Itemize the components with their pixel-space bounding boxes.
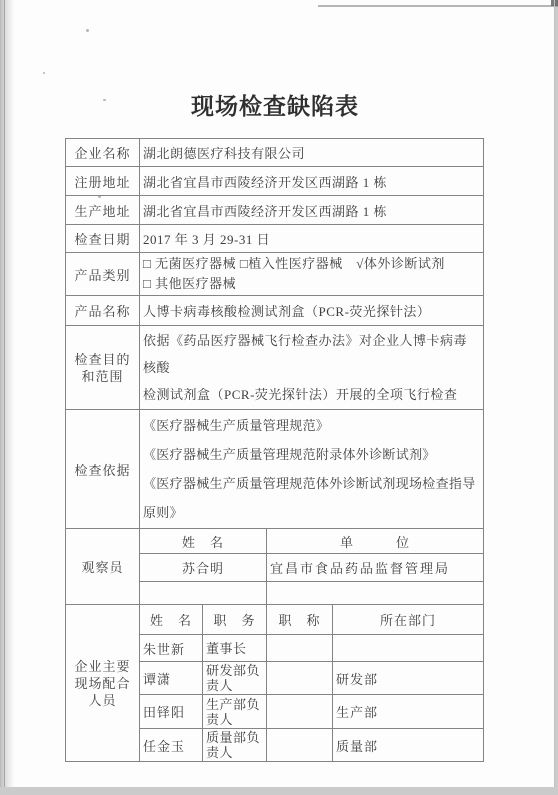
table-row: 企业名称 湖北朗德医疗科技有限公司: [66, 139, 484, 167]
field-label: 检查日期: [66, 225, 140, 253]
scan-right-edge-line: [554, 0, 555, 787]
observer-unit: [267, 582, 484, 605]
observer-name-header: 姓 名: [140, 529, 267, 554]
personnel-position: 研发部负责人: [203, 662, 267, 695]
scan-speck: [43, 72, 45, 74]
personnel-position-header: 职 务: [203, 605, 267, 635]
observer-name: [140, 582, 267, 605]
document-content: 现场检查缺陷表 企业名称 湖北朗德医疗科技有限公司 注册地址 湖北省宜昌市西陵经…: [65, 86, 485, 762]
table-row: 检查日期 2017 年 3 月 29-31 日: [66, 225, 484, 253]
personnel-position: 生产部负责人: [203, 695, 267, 729]
field-value-production-address: 湖北省宜昌市西陵经济开发区西湖路 1 栋: [140, 196, 484, 225]
personnel-department: 研发部: [333, 662, 484, 695]
page-title: 现场检查缺陷表: [65, 90, 485, 124]
personnel-position: 质量部负责人: [203, 729, 267, 762]
personnel-name-header: 姓 名: [140, 605, 203, 635]
personnel-department-header: 所在部门: [333, 605, 484, 635]
personnel-name: 田铎阳: [140, 695, 203, 729]
inspection-purpose-line: 检测试剂盒（PCR-荧光探针法）开展的全项飞行检查: [143, 381, 480, 408]
personnel-title: [267, 635, 333, 662]
field-value-product-category: □ 无菌医疗器械 □植入性医疗器械 √体外诊断试剂 □ 其他医疗器械: [140, 253, 484, 296]
observer-unit-header: 单 位: [267, 529, 484, 554]
product-category-checkbox-line: □ 无菌医疗器械 □植入性医疗器械 √体外诊断试剂: [143, 254, 480, 274]
table-row: 产品名称 人博卡病毒核酸检测试剂盒（PCR-荧光探针法）: [66, 296, 484, 326]
inspection-purpose-line: 依据《药品医疗器械飞行检查办法》对企业人博卡病毒核酸: [143, 327, 480, 381]
personnel-section-label: 企业主要现场配合人员: [66, 605, 140, 762]
personnel-section-label-text: 企业主要现场配合人员: [75, 658, 131, 709]
field-label: 企业名称: [66, 139, 140, 167]
field-label: 检查目的和范围: [66, 326, 140, 410]
personnel-position: 董事长: [203, 635, 267, 662]
personnel-name: 任金玉: [140, 729, 203, 762]
field-label-text: 检查目的和范围: [75, 351, 131, 385]
observer-name: 苏合明: [140, 554, 267, 582]
table-row: 检查目的和范围 依据《药品医疗器械飞行检查办法》对企业人博卡病毒核酸 检测试剂盒…: [66, 326, 484, 410]
personnel-department: 质量部: [333, 729, 484, 762]
table-row: 注册地址 湖北省宜昌市西陵经济开发区西湖路 1 栋: [66, 167, 484, 196]
table-row: 生产地址 湖北省宜昌市西陵经济开发区西湖路 1 栋: [66, 196, 484, 225]
table-row: 检查依据 《医疗器械生产质量管理规范》 《医疗器械生产质量管理规范附录体外诊断试…: [66, 410, 484, 529]
scan-top-edge-line: [318, 5, 558, 7]
field-value-inspection-basis: 《医疗器械生产质量管理规范》 《医疗器械生产质量管理规范附录体外诊断试剂》 《医…: [140, 410, 484, 529]
observer-header-row: 观察员 姓 名 单 位: [66, 529, 484, 554]
field-value-company-name: 湖北朗德医疗科技有限公司: [140, 139, 484, 167]
product-category-checkbox-line: □ 其他医疗器械: [143, 274, 480, 294]
inspection-form-table: 企业名称 湖北朗德医疗科技有限公司 注册地址 湖北省宜昌市西陵经济开发区西湖路 …: [65, 138, 484, 762]
inspection-basis-line: 《医疗器械生产质量管理规范体外诊断试剂现场检查指导原则》: [143, 469, 480, 527]
field-label: 注册地址: [66, 167, 140, 196]
field-label: 生产地址: [66, 196, 140, 225]
personnel-title: [267, 695, 333, 729]
inspection-basis-line: 《医疗器械生产质量管理规范附录体外诊断试剂》: [143, 440, 480, 469]
field-value-product-name: 人博卡病毒核酸检测试剂盒（PCR-荧光探针法）: [140, 296, 484, 326]
observer-unit: 宜昌市食品药品监督管理局: [267, 554, 484, 582]
field-value-registered-address: 湖北省宜昌市西陵经济开发区西湖路 1 栋: [140, 167, 484, 196]
personnel-header-row: 企业主要现场配合人员 姓 名 职 务 职 称 所在部门: [66, 605, 484, 635]
inspection-basis-line: 《医疗器械生产质量管理规范》: [143, 411, 480, 440]
field-value-inspection-purpose: 依据《药品医疗器械飞行检查办法》对企业人博卡病毒核酸 检测试剂盒（PCR-荧光探…: [140, 326, 484, 410]
scan-left-edge-line: [4, 0, 5, 787]
personnel-department: [333, 635, 484, 662]
observer-section-label: 观察员: [66, 529, 140, 605]
field-label: 产品名称: [66, 296, 140, 326]
personnel-title-header: 职 称: [267, 605, 333, 635]
scan-left-edge-shadow: [0, 0, 15, 787]
scan-speck: [86, 29, 89, 32]
personnel-name: 谭潇: [140, 662, 203, 695]
personnel-title: [267, 729, 333, 762]
personnel-name: 朱世新: [140, 635, 203, 662]
field-label: 检查依据: [66, 410, 140, 529]
field-label: 产品类别: [66, 253, 140, 296]
field-value-inspection-date: 2017 年 3 月 29-31 日: [140, 225, 484, 253]
personnel-department: 生产部: [333, 695, 484, 729]
personnel-title: [267, 662, 333, 695]
table-row: 产品类别 □ 无菌医疗器械 □植入性医疗器械 √体外诊断试剂 □ 其他医疗器械: [66, 253, 484, 296]
